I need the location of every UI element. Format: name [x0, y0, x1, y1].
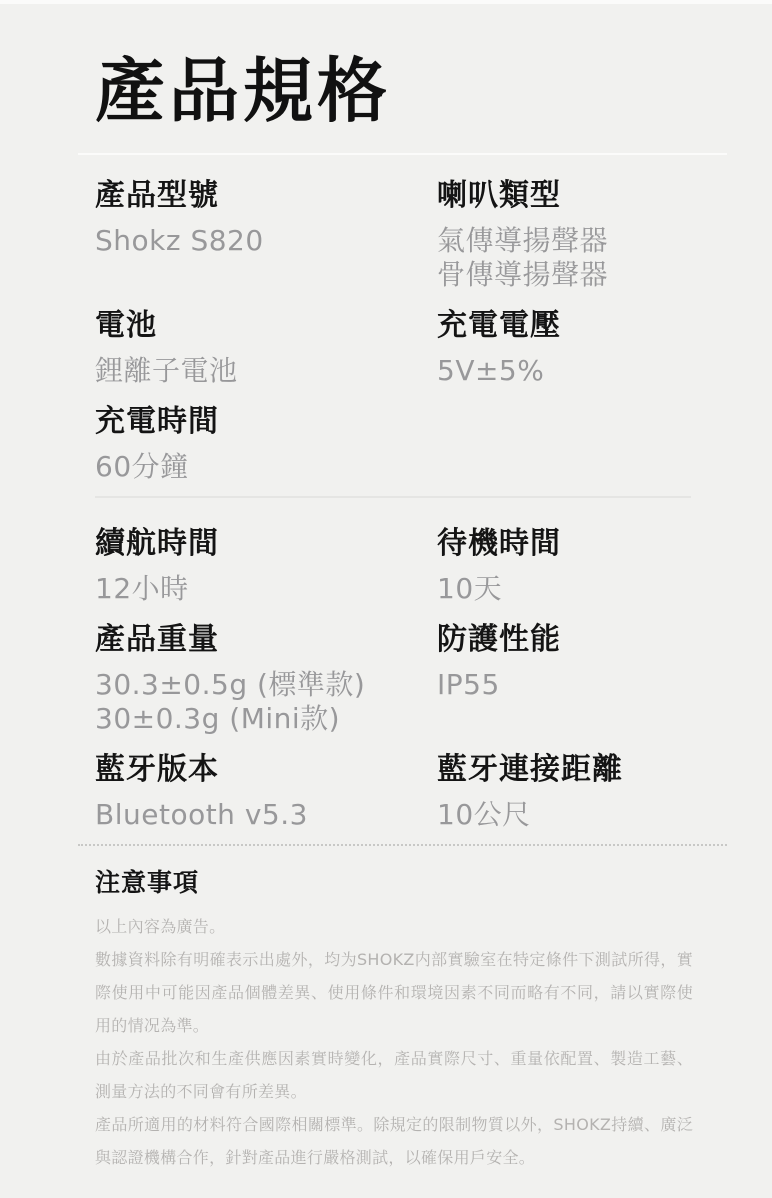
spec-item-product-weight: 產品重量 30.3±0.5g (標準款) 30±0.3g (Mini款) — [95, 618, 437, 736]
spec-item-bluetooth-range: 藍牙連接距離 10公尺 — [437, 748, 691, 832]
note-paragraph: 由於產品批次和生產供應因素實時變化，產品實際尺寸、重量依配置、製造工藝、測量方法… — [95, 1042, 693, 1108]
spec-value: 30.3±0.5g (標準款) — [95, 668, 437, 702]
spec-value: 5V±5% — [437, 354, 691, 388]
spec-label: 藍牙版本 — [95, 748, 437, 792]
spec-label: 藍牙連接距離 — [437, 748, 691, 792]
title-divider — [78, 153, 727, 155]
spec-row-weight-protection: 產品重量 30.3±0.5g (標準款) 30±0.3g (Mini款) 防護性… — [95, 618, 691, 736]
note-paragraph: 產品所適用的材料符合國際相關標準。除規定的限制物質以外，SHOKZ持續、廣泛與認… — [95, 1108, 693, 1174]
spec-row-battery-voltage: 電池 鋰離子電池 充電電壓 5V±5% — [95, 304, 691, 388]
spec-item-charging-time: 充電時間 60分鐘 — [95, 400, 437, 484]
spec-row-bluetooth: 藍牙版本 Bluetooth v5.3 藍牙連接距離 10公尺 — [95, 748, 691, 832]
spec-label: 產品重量 — [95, 618, 437, 662]
spec-row-charging-time: 充電時間 60分鐘 — [95, 400, 691, 484]
page-title: 產品規格 — [95, 56, 772, 126]
spec-value: 10公尺 — [437, 798, 691, 832]
spec-item-battery-life: 續航時間 12小時 — [95, 522, 437, 606]
note-paragraph: 以上內容為廣告。 — [95, 910, 693, 943]
spec-item-charging-voltage: 充電電壓 5V±5% — [437, 304, 691, 388]
note-paragraph: 數據資料除有明確表示出處外，均为SHOKZ内部實驗室在特定條件下測試所得，實際使… — [95, 943, 693, 1042]
spec-item-battery: 電池 鋰離子電池 — [95, 304, 437, 388]
notes-section: 注意事項 以上內容為廣告。 數據資料除有明確表示出處外，均为SHOKZ内部實驗室… — [95, 868, 693, 1174]
spec-value: 60分鐘 — [95, 450, 437, 484]
spec-value: Shokz S820 — [95, 224, 437, 258]
spec-value: 鋰離子電池 — [95, 354, 437, 388]
section-divider — [95, 496, 691, 498]
spec-value: IP55 — [437, 668, 691, 702]
spec-label: 充電電壓 — [437, 304, 691, 348]
spec-label: 防護性能 — [437, 618, 691, 662]
spec-item-empty — [437, 400, 691, 484]
spec-value: 12小時 — [95, 572, 437, 606]
spec-label: 喇叭類型 — [437, 174, 691, 218]
spec-value: Bluetooth v5.3 — [95, 798, 437, 832]
spec-item-protection-rating: 防護性能 IP55 — [437, 618, 691, 736]
spec-item-product-model: 產品型號 Shokz S820 — [95, 174, 437, 292]
notes-body: 以上內容為廣告。 數據資料除有明確表示出處外，均为SHOKZ内部實驗室在特定條件… — [95, 910, 693, 1174]
top-strip — [0, 0, 772, 4]
spec-item-speaker-type: 喇叭類型 氣傳導揚聲器 骨傳導揚聲器 — [437, 174, 691, 292]
spec-label: 電池 — [95, 304, 437, 348]
spec-grid: 產品型號 Shokz S820 喇叭類型 氣傳導揚聲器 骨傳導揚聲器 電池 鋰離… — [95, 174, 691, 832]
spec-row-model-speaker: 產品型號 Shokz S820 喇叭類型 氣傳導揚聲器 骨傳導揚聲器 — [95, 174, 691, 292]
spec-item-bluetooth-version: 藍牙版本 Bluetooth v5.3 — [95, 748, 437, 832]
spec-label: 待機時間 — [437, 522, 691, 566]
spec-label: 續航時間 — [95, 522, 437, 566]
notes-title: 注意事項 — [95, 868, 693, 898]
dotted-divider — [78, 844, 727, 846]
spec-value: 氣傳導揚聲器 — [437, 224, 691, 258]
spec-value: 10天 — [437, 572, 691, 606]
spec-value: 骨傳導揚聲器 — [437, 258, 691, 292]
spec-label: 產品型號 — [95, 174, 437, 218]
spec-value: 30±0.3g (Mini款) — [95, 702, 437, 736]
spec-label: 充電時間 — [95, 400, 437, 444]
spec-row-playtime-standby: 續航時間 12小時 待機時間 10天 — [95, 522, 691, 606]
spec-item-standby-time: 待機時間 10天 — [437, 522, 691, 606]
